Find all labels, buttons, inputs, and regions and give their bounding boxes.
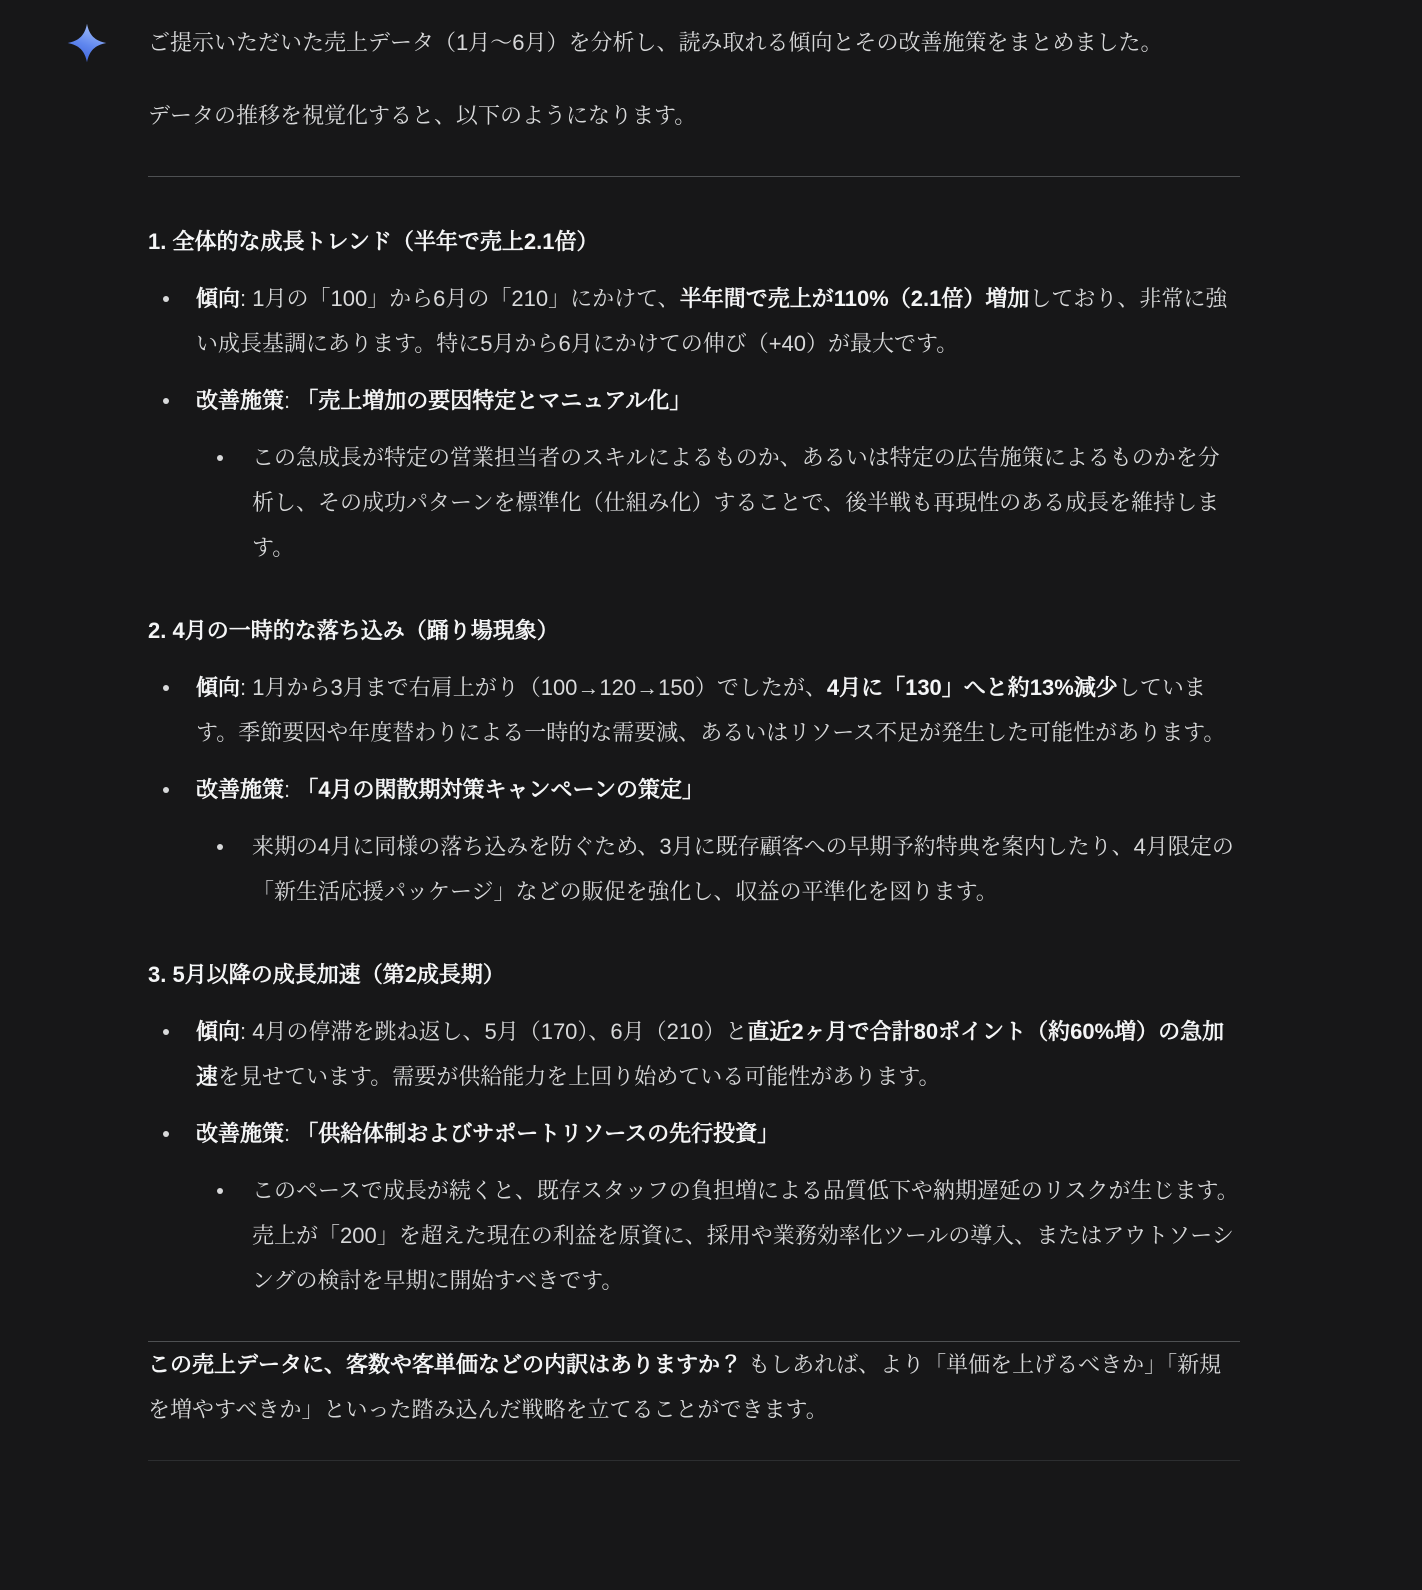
bullet-text: 傾向: 1月の「100」から6月の「210」にかけて、半年間で売上が110%（2… xyxy=(196,286,1227,356)
section-1-list: 傾向: 1月の「100」から6月の「210」にかけて、半年間で売上が110%（2… xyxy=(148,276,1240,570)
intro-paragraph-2: データの推移を視覚化すると、以下のようになります。 xyxy=(148,93,1240,138)
bullet-text: 来期の4月に同様の落ち込みを防ぐため、3月に既存顧客への早期予約特典を案内したり… xyxy=(252,834,1234,904)
bullet-text: 傾向: 1月から3月まで右肩上がり（100→120→150）でしたが、4月に「1… xyxy=(196,675,1225,745)
list-item: 傾向: 1月の「100」から6月の「210」にかけて、半年間で売上が110%（2… xyxy=(148,276,1240,366)
bullet-text: 改善施策: 「供給体制およびサポートリソースの先行投資」 xyxy=(196,1121,779,1146)
bullet-text: 改善施策: 「4月の閑散期対策キャンペーンの策定」 xyxy=(196,777,704,802)
section-3-list: 傾向: 4月の停滞を跳ね返し、5月（170）、6月（210）と直近2ヶ月で合計8… xyxy=(148,1009,1240,1303)
section-divider xyxy=(148,176,1240,177)
section-2-heading: 2. 4月の一時的な落ち込み（踊り場現象） xyxy=(148,608,1240,653)
assistant-avatar xyxy=(66,22,108,64)
closing-paragraph: この売上データに、客数や客単価などの内訳はありますか？ もしあれば、より「単価を… xyxy=(148,1342,1240,1432)
section-3-heading: 3. 5月以降の成長加速（第2成長期） xyxy=(148,952,1240,997)
list-item: 改善施策: 「売上増加の要因特定とマニュアル化」 この急成長が特定の営業担当者の… xyxy=(148,378,1240,570)
section-2-list: 傾向: 1月から3月まで右肩上がり（100→120→150）でしたが、4月に「1… xyxy=(148,665,1240,914)
gemini-sparkle-icon xyxy=(66,22,108,64)
bullet-text: この急成長が特定の営業担当者のスキルによるものか、あるいは特定の広告施策によるも… xyxy=(252,445,1220,560)
bullet-text: 傾向: 4月の停滞を跳ね返し、5月（170）、6月（210）と直近2ヶ月で合計8… xyxy=(196,1019,1224,1089)
intro-paragraph: ご提示いただいた売上データ（1月〜6月）を分析し、読み取れる傾向とその改善施策を… xyxy=(148,20,1240,65)
list-item: このペースで成長が続くと、既存スタッフの負担増による品質低下や納期遅延のリスクが… xyxy=(196,1168,1240,1303)
chat-response-panel: ご提示いただいた売上データ（1月〜6月）を分析し、読み取れる傾向とその改善施策を… xyxy=(0,0,1422,1590)
list-item: 改善施策: 「4月の閑散期対策キャンペーンの策定」 来期の4月に同様の落ち込みを… xyxy=(148,767,1240,914)
bottom-divider xyxy=(148,1460,1240,1461)
list-item: 改善施策: 「供給体制およびサポートリソースの先行投資」 このペースで成長が続く… xyxy=(148,1111,1240,1303)
bullet-text: このペースで成長が続くと、既存スタッフの負担増による品質低下や納期遅延のリスクが… xyxy=(252,1178,1239,1293)
message-content: ご提示いただいた売上データ（1月〜6月）を分析し、読み取れる傾向とその改善施策を… xyxy=(148,0,1240,1461)
list-item: この急成長が特定の営業担当者のスキルによるものか、あるいは特定の広告施策によるも… xyxy=(196,435,1240,570)
nested-list: この急成長が特定の営業担当者のスキルによるものか、あるいは特定の広告施策によるも… xyxy=(196,435,1240,570)
nested-list: このペースで成長が続くと、既存スタッフの負担増による品質低下や納期遅延のリスクが… xyxy=(196,1168,1240,1303)
list-item: 傾向: 4月の停滞を跳ね返し、5月（170）、6月（210）と直近2ヶ月で合計8… xyxy=(148,1009,1240,1099)
list-item: 傾向: 1月から3月まで右肩上がり（100→120→150）でしたが、4月に「1… xyxy=(148,665,1240,755)
section-1-heading: 1. 全体的な成長トレンド（半年で売上2.1倍） xyxy=(148,219,1240,264)
bullet-text: 改善施策: 「売上増加の要因特定とマニュアル化」 xyxy=(196,388,691,413)
list-item: 来期の4月に同様の落ち込みを防ぐため、3月に既存顧客への早期予約特典を案内したり… xyxy=(196,824,1240,914)
nested-list: 来期の4月に同様の落ち込みを防ぐため、3月に既存顧客への早期予約特典を案内したり… xyxy=(196,824,1240,914)
